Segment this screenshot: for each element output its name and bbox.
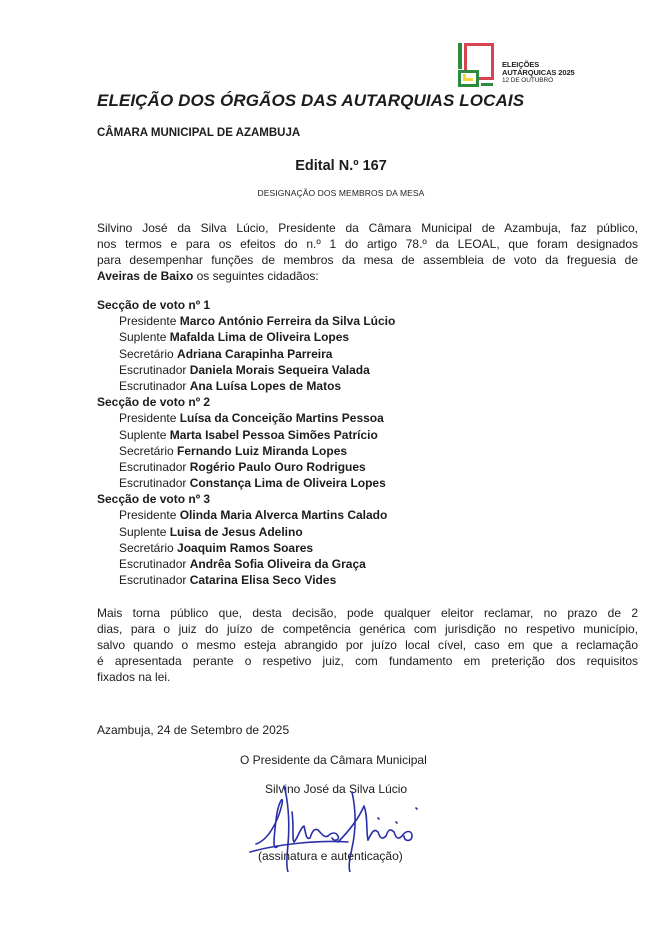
intro-line-rest: os seguintes cidadãos: (193, 269, 318, 283)
member-role: Presidente (119, 508, 176, 522)
signatory-role: O Presidente da Câmara Municipal (240, 752, 427, 768)
member-role: Escrutinador (119, 379, 186, 393)
member-row: Presidente Luísa da Conceição Martins Pe… (97, 410, 617, 426)
elections-logo-text: ELEIÇÕES AUTÁRQUICAS 2025 12 DE OUTUBRO (502, 61, 575, 85)
member-row: Presidente Olinda Maria Alverca Martins … (97, 507, 617, 523)
member-role: Suplente (119, 525, 166, 539)
member-role: Secretário (119, 541, 174, 555)
polling-sections-list: Secção de voto nº 1Presidente Marco Antó… (97, 297, 617, 588)
closing-line: dias, para o juiz do juízo de competênci… (97, 621, 638, 637)
member-name: Adriana Carapinha Parreira (177, 347, 332, 361)
member-role: Secretário (119, 347, 174, 361)
member-name: Fernando Luiz Miranda Lopes (177, 444, 347, 458)
intro-line: Aveiras de Baixo os seguintes cidadãos: (97, 268, 638, 284)
section-heading: Secção de voto nº 2 (97, 394, 617, 410)
member-row: Escrutinador Rogério Paulo Ouro Rodrigue… (97, 459, 617, 475)
closing-line: é apresentada perante o respetivo juiz, … (97, 653, 638, 669)
member-name: Marco António Ferreira da Silva Lúcio (180, 314, 396, 328)
member-name: Andrêa Sofia Oliveira da Graça (190, 557, 366, 571)
intro-paragraph: Silvino José da Silva Lúcio, Presidente … (97, 220, 638, 284)
member-name: Mafalda Lima de Oliveira Lopes (170, 330, 349, 344)
member-row: Escrutinador Constança Lima de Oliveira … (97, 475, 617, 491)
member-row: Escrutinador Catarina Elisa Seco Vides (97, 572, 617, 588)
member-name: Constança Lima de Oliveira Lopes (190, 476, 386, 490)
member-row: Suplente Mafalda Lima de Oliveira Lopes (97, 329, 617, 345)
member-role: Escrutinador (119, 557, 186, 571)
member-row: Secretário Fernando Luiz Miranda Lopes (97, 443, 617, 459)
member-role: Suplente (119, 428, 166, 442)
signature-caption: (assinatura e autenticação) (258, 848, 403, 864)
member-role: Escrutinador (119, 460, 186, 474)
member-name: Marta Isabel Pessoa Simões Patrício (170, 428, 378, 442)
member-row: Suplente Luisa de Jesus Adelino (97, 524, 617, 540)
member-role: Secretário (119, 444, 174, 458)
member-name: Luisa de Jesus Adelino (170, 525, 303, 539)
member-role: Escrutinador (119, 573, 186, 587)
member-name: Rogério Paulo Ouro Rodrigues (190, 460, 366, 474)
member-name: Catarina Elisa Seco Vides (190, 573, 337, 587)
member-row: Secretário Joaquim Ramos Soares (97, 540, 617, 556)
member-role: Escrutinador (119, 476, 186, 490)
member-role: Suplente (119, 330, 166, 344)
member-role: Presidente (119, 411, 176, 425)
logo-line-3: 12 DE OUTUBRO (502, 77, 575, 85)
document-date: Azambuja, 24 de Setembro de 2025 (97, 722, 289, 738)
member-role: Escrutinador (119, 363, 186, 377)
municipality-heading: CÂMARA MUNICIPAL DE AZAMBUJA (97, 127, 300, 139)
closing-paragraph: Mais torna público que, desta decisão, p… (97, 605, 638, 685)
elections-logo-icon (456, 41, 496, 87)
member-row: Suplente Marta Isabel Pessoa Simões Patr… (97, 427, 617, 443)
section-heading: Secção de voto nº 1 (97, 297, 617, 313)
member-row: Presidente Marco António Ferreira da Sil… (97, 313, 617, 329)
member-name: Olinda Maria Alverca Martins Calado (180, 508, 388, 522)
intro-line: Silvino José da Silva Lúcio, Presidente … (97, 220, 638, 236)
member-name: Luísa da Conceição Martins Pessoa (180, 411, 384, 425)
edital-number: Edital N.º 167 (0, 158, 672, 174)
closing-line: fixados na lei. (97, 669, 638, 685)
member-role: Presidente (119, 314, 176, 328)
member-row: Escrutinador Daniela Morais Sequeira Val… (97, 362, 617, 378)
member-name: Daniela Morais Sequeira Valada (190, 363, 370, 377)
designation-heading: DESIGNAÇÃO DOS MEMBROS DA MESA (0, 188, 672, 198)
intro-line: para desempenhar funções de membros da m… (97, 252, 638, 268)
document-title: ELEIÇÃO DOS ÓRGÃOS DAS AUTARQUIAS LOCAIS (97, 91, 524, 111)
member-name: Ana Luísa Lopes de Matos (190, 379, 341, 393)
member-row: Escrutinador Ana Luísa Lopes de Matos (97, 378, 617, 394)
closing-line: Mais torna público que, desta decisão, p… (97, 605, 638, 621)
intro-line: nos termos e para os efeitos do n.º 1 do… (97, 236, 638, 252)
parish-name: Aveiras de Baixo (97, 269, 193, 283)
closing-line: salvo quando o mesmo esteja abrangido po… (97, 637, 638, 653)
member-row: Secretário Adriana Carapinha Parreira (97, 346, 617, 362)
section-heading: Secção de voto nº 3 (97, 491, 617, 507)
member-name: Joaquim Ramos Soares (177, 541, 313, 555)
member-row: Escrutinador Andrêa Sofia Oliveira da Gr… (97, 556, 617, 572)
document-page: ELEIÇÕES AUTÁRQUICAS 2025 12 DE OUTUBRO … (0, 0, 672, 942)
logo-line-2: AUTÁRQUICAS 2025 (502, 69, 575, 77)
